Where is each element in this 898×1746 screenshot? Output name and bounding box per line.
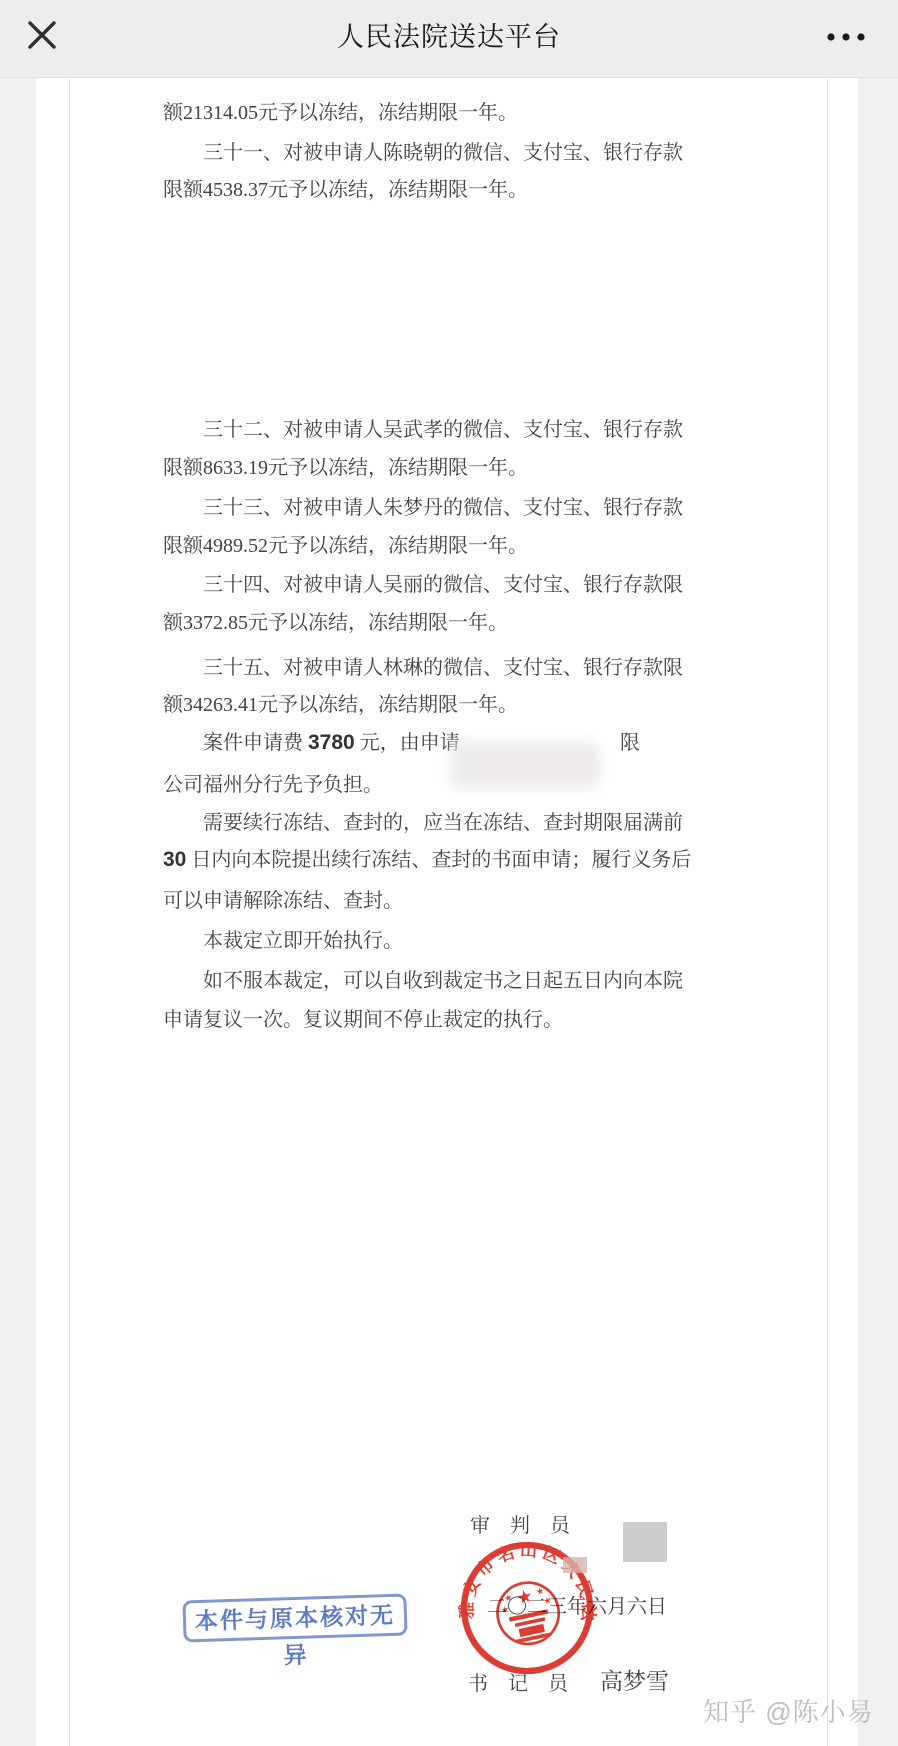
verification-stamp: 本件与原本核对无异 [182,1593,407,1642]
titlebar: 人民法院送达平台 [0,0,898,78]
scan-left-edge [69,79,70,1746]
doc-line: 额21314.05元予以冻结，冻结期限一年。 [163,100,518,126]
doc-line: 如不服本裁定，可以自收到裁定书之日起五日内向本院 [203,968,683,994]
doc-line: 额34263.41元予以冻结，冻结期限一年。 [163,692,518,718]
redaction-blur [450,742,600,788]
doc-line: 额3372.85元予以冻结，冻结期限一年。 [163,610,508,636]
fee-amount: 3780 [308,731,355,754]
renew-rest: 日内向本院提出续行冻结、查封的书面申请；履行义务后 [186,849,691,871]
svg-text:★: ★ [503,1592,513,1603]
more-dots-icon [822,29,870,45]
doc-line: 公司福州分行先予负担。 [163,772,383,798]
small-redaction [563,1557,587,1573]
wechat-webview-screen: 人民法院送达平台 额21314.05元予以冻结，冻结期限一年。 三十一、对被申请… [0,0,898,1746]
close-button[interactable] [22,16,62,56]
document-card [36,78,858,1746]
watermark: 知乎 @陈小易 [703,1692,874,1729]
renew-days: 30 [163,848,186,871]
close-icon [25,18,59,52]
seal-emblem-icon: ★ ★ ★ ★ ★ [492,1577,565,1650]
doc-line: 需要续行冻结、查封的，应当在冻结、查封期限届满前 [203,810,683,836]
svg-text:★: ★ [515,1585,535,1608]
doc-line: 三十一、对被申请人陈晓朝的微信、支付宝、银行存款 [203,140,683,166]
page-title: 人民法院送达平台 [120,0,778,78]
doc-line: 限额4989.52元予以冻结，冻结期限一年。 [163,533,528,559]
doc-line: 本裁定立即开始执行。 [203,928,403,954]
clerk-name: 高梦雪 [600,1669,669,1695]
doc-line: 可以申请解除冻结、查封。 [163,888,403,914]
svg-text:★: ★ [500,1604,510,1615]
scan-right-edge [827,79,828,1746]
doc-line: 限额4538.37元予以冻结，冻结期限一年。 [163,177,528,203]
doc-line: 三十四、对被申请人吴丽的微信、支付宝、银行存款限 [203,572,683,598]
more-menu-button[interactable] [820,24,872,52]
court-seal-icon: 雅安市名山区人民法院 ★ ★ ★ ★ ★ [442,1523,613,1694]
fee-prefix: 案件申请费 [203,732,308,754]
doc-line: 三十三、对被申请人朱梦丹的微信、支付宝、银行存款 [203,495,683,521]
judge-name-redaction [623,1522,667,1562]
doc-line: 限额8633.19元予以冻结，冻结期限一年。 [163,455,528,481]
doc-line: 申请复议一次。复议期间不停止裁定的执行。 [163,1007,563,1033]
renew-line: 30 日内向本院提出续行冻结、查封的书面申请；履行义务后 [163,847,691,873]
doc-line: 三十五、对被申请人林琳的微信、支付宝、银行存款限 [203,655,683,681]
fee-line-tail: 限 [620,730,640,756]
svg-text:★: ★ [543,1595,553,1606]
fee-line: 案件申请费 3780 元，由申请 [203,730,460,756]
fee-mid: 元，由申请 [355,732,460,754]
doc-line: 三十二、对被申请人吴武孝的微信、支付宝、银行存款 [203,417,683,443]
